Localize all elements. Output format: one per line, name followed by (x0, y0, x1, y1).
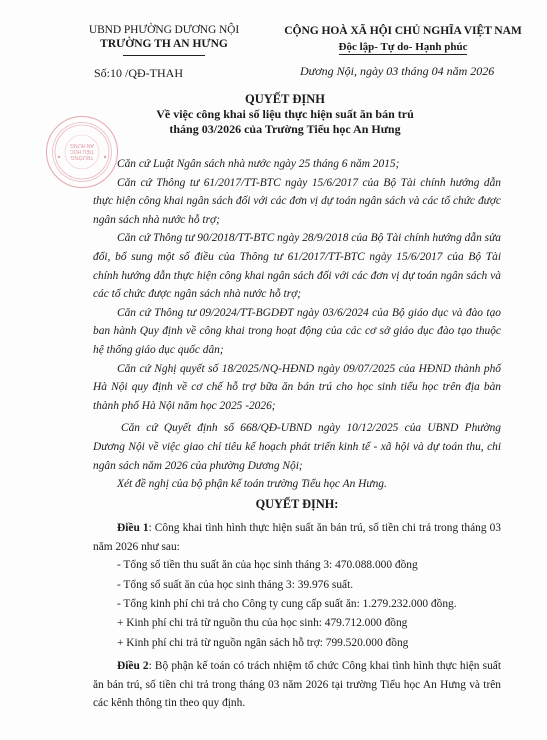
school-name: TRƯỜNG TH AN HƯNG (84, 37, 244, 51)
nation-name: CỘNG HOÀ XÃ HỘI CHỦ NGHĨA VIỆT NAM (268, 24, 538, 37)
decision-heading: QUYẾT ĐỊNH: (93, 495, 501, 514)
title-subject-line-1: Về việc công khai số liệu thực hiện suất… (60, 107, 510, 122)
svg-text:TRƯỜNG: TRƯỜNG (71, 154, 94, 161)
article-1: Điều 1: Công khai tình hình thực hiện su… (93, 519, 501, 556)
title-main: QUYẾT ĐỊNH (60, 92, 510, 107)
preamble-clause: Căn cứ Nghị quyết số 18/2025/NQ-HĐND ngà… (93, 360, 501, 416)
article-1-label: Điều 1 (117, 522, 149, 534)
preamble-clause: Căn cứ Luật Ngân sách nhà nước ngày 25 t… (93, 155, 501, 174)
article-1-item: - Tổng số tiền thu suất ăn của học sinh … (93, 556, 501, 575)
issuer-underline (123, 55, 205, 56)
agency-name: UBND PHƯỜNG DƯƠNG NỘI (84, 24, 244, 37)
article-1-item: + Kinh phí chi trả từ nguồn thu của học … (93, 614, 501, 633)
svg-text:AN HƯNG: AN HƯNG (70, 142, 94, 148)
document-page: UBND PHƯỜNG DƯƠNG NỘI TRƯỜNG TH AN HƯNG … (0, 0, 547, 740)
preamble-clause: Căn cứ Thông tư 90/2018/TT-BTC ngày 28/9… (93, 229, 501, 303)
article-1-item: - Tổng kinh phí chi trả cho Công ty cung… (93, 595, 501, 614)
preamble-clause: Căn cứ Thông tư 61/2017/TT-BTC ngày 15/6… (93, 174, 501, 230)
article-2-label: Điều 2 (117, 660, 149, 672)
decision-title: QUYẾT ĐỊNH Về việc công khai số liệu thự… (60, 92, 510, 137)
preamble-clause: Căn cứ Quyết định số 668/QĐ-UBND ngày 10… (93, 419, 501, 475)
document-body: Căn cứ Luật Ngân sách nhà nước ngày 25 t… (93, 155, 501, 713)
article-2-text: : Bộ phận kế toán có trách nhiệm tổ chức… (93, 660, 501, 709)
issuer-block: UBND PHƯỜNG DƯƠNG NỘI TRƯỜNG TH AN HƯNG (84, 24, 244, 56)
article-1-item: + Kinh phí chi trả từ nguồn ngân sách hỗ… (93, 634, 501, 653)
preamble-clause: Xét đề nghị của bộ phận kế toán trường T… (93, 475, 501, 494)
svg-text:TIỂU HỌC: TIỂU HỌC (70, 148, 94, 155)
national-heading: CỘNG HOÀ XÃ HỘI CHỦ NGHĨA VIỆT NAM Độc l… (268, 24, 538, 55)
article-2: Điều 2: Bộ phận kế toán có trách nhiệm t… (93, 657, 501, 713)
document-number: Số:10 /QĐ-THAH (94, 66, 183, 81)
preamble-clause: Căn cứ Thông tư 09/2024/TT-BGDĐT ngày 03… (93, 304, 501, 360)
dateline: Dương Nội, ngày 03 tháng 04 năm 2026 (300, 64, 494, 79)
article-1-text: : Công khai tình hình thực hiện suất ăn … (93, 522, 501, 553)
national-motto: Độc lập- Tự do- Hạnh phúc (339, 40, 468, 55)
title-subject-line-2: tháng 03/2026 của Trường Tiểu học An Hưn… (60, 122, 510, 137)
article-1-item: - Tổng số suất ăn của học sinh tháng 3: … (93, 576, 501, 595)
